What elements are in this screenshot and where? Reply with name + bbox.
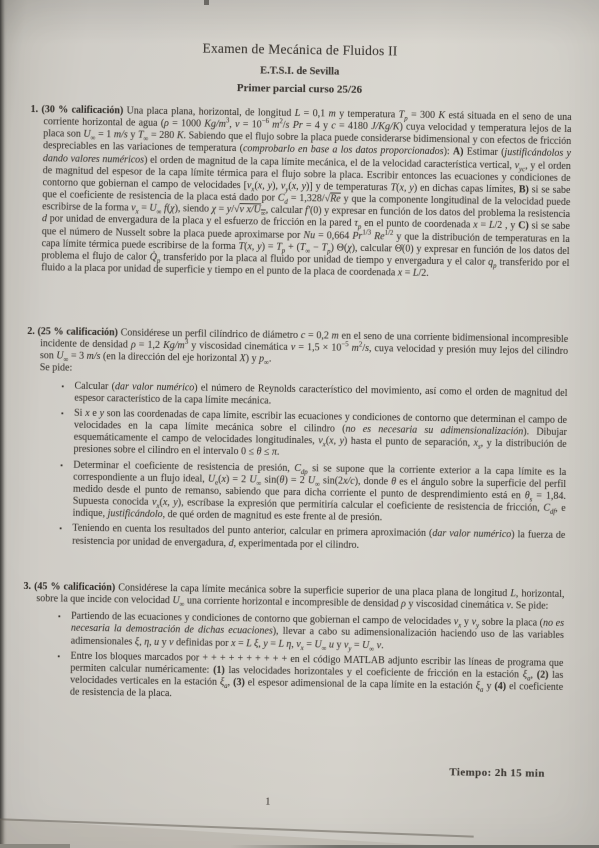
page-number: 1 <box>0 792 567 812</box>
list-item-text: Teniendo en cuenta los resultados del pu… <box>72 523 565 555</box>
list-item-text: Partiendo de las ecuaciones y condicione… <box>71 611 564 655</box>
photo-bottom-left-shadow <box>0 844 70 848</box>
list-item: ▪ Teniendo en cuenta los resultados del … <box>24 522 565 554</box>
list-item-text: Determinar el coeficiente de resistencia… <box>73 459 567 527</box>
list-item: ▪ Calcular (dar valor numérico) el númer… <box>26 380 567 412</box>
problem-2-items: ▪ Calcular (dar valor numérico) el númer… <box>24 380 567 555</box>
square-bullet-icon: ▪ <box>58 611 61 623</box>
list-item: ▪ Determinar el coeficiente de resistenc… <box>25 459 567 528</box>
time-allowed-label: Tiempo: 2h 15 min <box>449 766 545 779</box>
list-item: ▪ Si x e y son las coordenadas de capa l… <box>25 407 567 464</box>
school-name: E.T.S.I. de Sevilla <box>0 62 599 82</box>
exam-page-content: Examen de Mecánica de Fluidos II E.T.S.I… <box>0 0 599 848</box>
page-title: Examen de Mecánica de Fluidos II <box>0 38 599 63</box>
problem-3: 3. (45 % calificación) Considérese la ca… <box>22 581 565 709</box>
scanned-exam-photo: Examen de Mecánica de Fluidos II E.T.S.I… <box>0 0 599 848</box>
list-item-text: Si x e y son las coordenadas de capa lím… <box>73 408 567 464</box>
list-item-text: Entre los bloques marcados por + + + + +… <box>70 650 564 706</box>
square-bullet-icon: ▪ <box>61 407 64 419</box>
photo-top-mark <box>204 0 209 5</box>
list-item-text: Calcular (dar valor numérico) el número … <box>74 380 567 412</box>
problem-3-text: 3. (45 % calificación) Considérese la ca… <box>23 581 564 613</box>
exam-session: Primer parcial curso 25/26 <box>0 79 599 100</box>
photo-left-edge <box>0 0 7 848</box>
problem-1: 1. (30 % calificación) Una placa plana, … <box>28 104 571 282</box>
square-bullet-icon: ▪ <box>61 380 64 392</box>
square-bullet-icon: ▪ <box>57 650 60 662</box>
problem-2-text: 2. (25 % calificación) Considérese un pe… <box>27 326 569 383</box>
list-item: ▪ Partiendo de las ecuaciones y condicio… <box>23 610 564 654</box>
problem-2: 2. (25 % calificación) Considérese un pe… <box>24 326 568 558</box>
square-bullet-icon: ▪ <box>60 459 63 471</box>
square-bullet-icon: ▪ <box>59 523 62 535</box>
list-item: ▪ Entre los bloques marcados por + + + +… <box>22 650 564 707</box>
problem-1-text: 1. (30 % calificación) Una placa plana, … <box>28 104 571 282</box>
problem-3-items: ▪ Partiendo de las ecuaciones y condicio… <box>22 610 564 706</box>
